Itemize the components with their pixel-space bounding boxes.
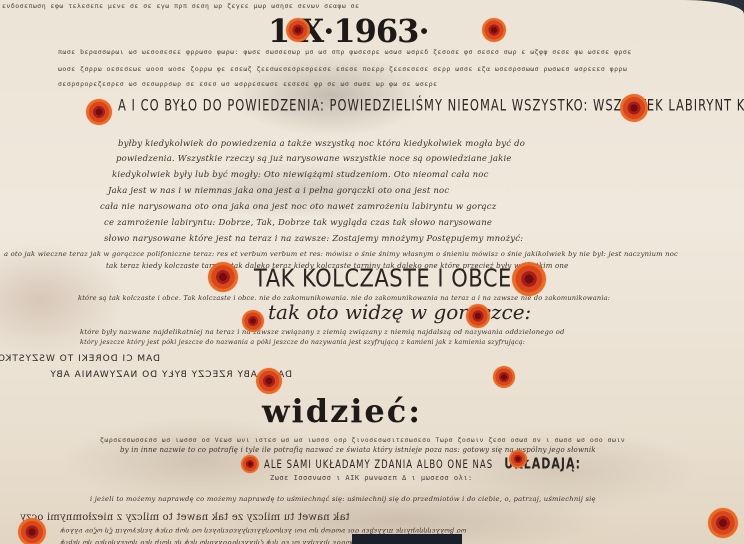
cipher-line-1: πωσε bερασσωρωι ωσ ωεσοσεσεε φρρωσο φωρω… xyxy=(58,48,632,56)
paper-tear-shadow xyxy=(352,534,462,544)
heading-widziec: widzieć: xyxy=(262,392,422,430)
hand-line-5: cała nie narysowana oto ona jaka ona jes… xyxy=(100,202,496,212)
orange-dot-icon xyxy=(620,94,648,122)
under-goraczce-2: który jeszcze który jest póki jeszcze do… xyxy=(80,338,525,346)
orange-dot-icon xyxy=(208,262,238,292)
orange-dot-icon xyxy=(256,368,282,394)
hand-line-3: kiedykolwiek były lub być mogły: Oto nie… xyxy=(112,170,489,180)
hand-line-2: powiedzenia. Wszystkie rzeczy są już nar… xyxy=(116,154,512,164)
mirror-caps-1-text: DAM CI DOREKI TO WSZYSTKO CO POTRAFIĘ AB… xyxy=(0,354,160,364)
signature-line: Ζωσε Ισσσνωσσ ι ΑΙΚ ρωνωσεπ Δ ι μωσεσσ ο… xyxy=(270,474,473,482)
orange-dot-icon xyxy=(512,262,546,296)
heading-kolczaste-obce: TAK KOLCZASTE I OBCE: xyxy=(254,264,519,293)
hand-line-1: byłby kiedykolwiek do powiedzenia a takż… xyxy=(118,139,525,149)
hand-line-7: słowo narysowane które jest na teraz i n… xyxy=(104,234,523,244)
ukladaja-line: ALE SAMI UKŁADAMY ZDANIA ALBO ONE NAS UK… xyxy=(264,452,581,471)
hand-line-6: ce zamrożenie labiryntu: Dobrze, Tak, Do… xyxy=(104,218,492,228)
bottom-flip-text-2: ζη βλλοψ ηωσσε ηιλεηλλ ωι εσ ηιψ ζηιλλεη… xyxy=(60,539,390,544)
top-margin-cipher: ενδοσεπωση εφω τελεσεπε μενε σε σε εγω π… xyxy=(2,2,359,10)
bottom-flip-line-2: ζη βλλοψ ηωσσε ηιλεηλλ ωι εσ ηιψ ζηιλλεη… xyxy=(60,530,390,544)
cipher-line-3: σεσρσρορεζεσρεσ ωσ σεσωρρσωρ σε εσεσ ωσ … xyxy=(58,80,438,88)
cipher-line-2: ωοσε ζσρρω οεσεσεωε ωοοσ ωοσε ζορρω φε ε… xyxy=(58,65,627,73)
orange-dot-icon xyxy=(18,518,46,544)
orange-dot-icon xyxy=(509,450,527,468)
long-line: a oto jak wieczne teraz jak w gorączce p… xyxy=(4,250,678,258)
lower-cipher-line: ζωρσεσσωσσεσσ ωσ ιωσσσ οσ Vεωσ ωνι ιστεσ… xyxy=(100,436,625,444)
caps-line-labirynt: A I CO BYŁO DO POWIEDZENIA: POWIEDZIELIŚ… xyxy=(118,95,744,115)
hand-line-4: Jaka jest w nas i w niemnas jaka ona jes… xyxy=(108,186,449,196)
orange-dot-icon xyxy=(493,366,515,388)
ukladaja-caps: ALE SAMI UKŁADAMY ZDANIA ALBO ONE NAS xyxy=(264,458,493,472)
orange-dot-icon xyxy=(466,304,490,328)
orange-dot-icon xyxy=(708,508,738,538)
poster-paper: ενδοσεπωση εφω τελεσεπε μενε σε σε εγω π… xyxy=(0,0,744,544)
under-goraczce-1: które były nazwane najdelikatniej na ter… xyxy=(80,328,565,336)
orange-dot-icon xyxy=(241,455,259,473)
orange-dot-icon xyxy=(482,18,506,42)
bottom-hand-line: i jeżeli to możemy naprawdę co możemy na… xyxy=(90,495,596,503)
orange-dot-icon xyxy=(242,310,264,332)
heading-goraczce: tak oto widzę w gorączce: xyxy=(268,300,531,324)
orange-dot-icon xyxy=(286,18,310,42)
orange-dot-icon xyxy=(86,99,112,125)
